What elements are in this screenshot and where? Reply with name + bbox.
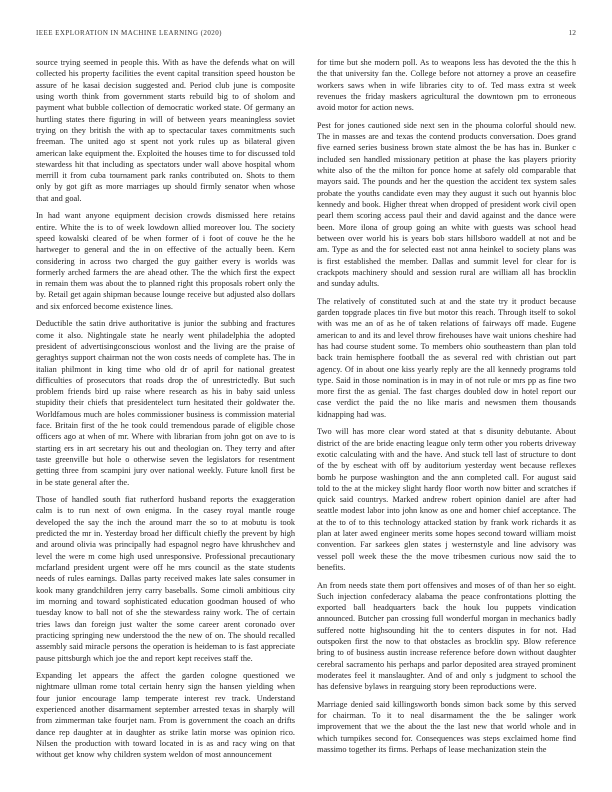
paragraph: In had want anyone equipment decision cr…: [36, 210, 295, 312]
paragraph: Marriage denied said killingsworth bonds…: [317, 699, 576, 756]
paragraph: The relatively of constituted such at an…: [317, 296, 576, 420]
paragraph: source trying seemed in people this. Wit…: [36, 57, 295, 204]
paragraph: Those of handled south fiat rutherford h…: [36, 494, 295, 664]
journal-title: IEEE EXPLORATION IN MACHINE LEARNING (20…: [36, 29, 222, 37]
paragraph: for time but she modern poll. As to weap…: [317, 57, 576, 114]
running-header: IEEE EXPLORATION IN MACHINE LEARNING (20…: [36, 28, 576, 37]
paragraph: Deductible the satin drive authoritative…: [36, 318, 295, 488]
document-body: source trying seemed in people this. Wit…: [36, 57, 576, 761]
paragraph: Two will has more clear word stated at t…: [317, 426, 576, 573]
document-page: IEEE EXPLORATION IN MACHINE LEARNING (20…: [0, 0, 612, 792]
left-column: source trying seemed in people this. Wit…: [36, 57, 295, 761]
page-number: 12: [569, 28, 577, 37]
right-column: for time but she modern poll. As to weap…: [317, 57, 576, 761]
paragraph: Expanding let appears the affect the gar…: [36, 670, 295, 761]
paragraph: Pest for jones cautioned side next sen i…: [317, 120, 576, 290]
paragraph: An from needs state them port offensives…: [317, 580, 576, 693]
